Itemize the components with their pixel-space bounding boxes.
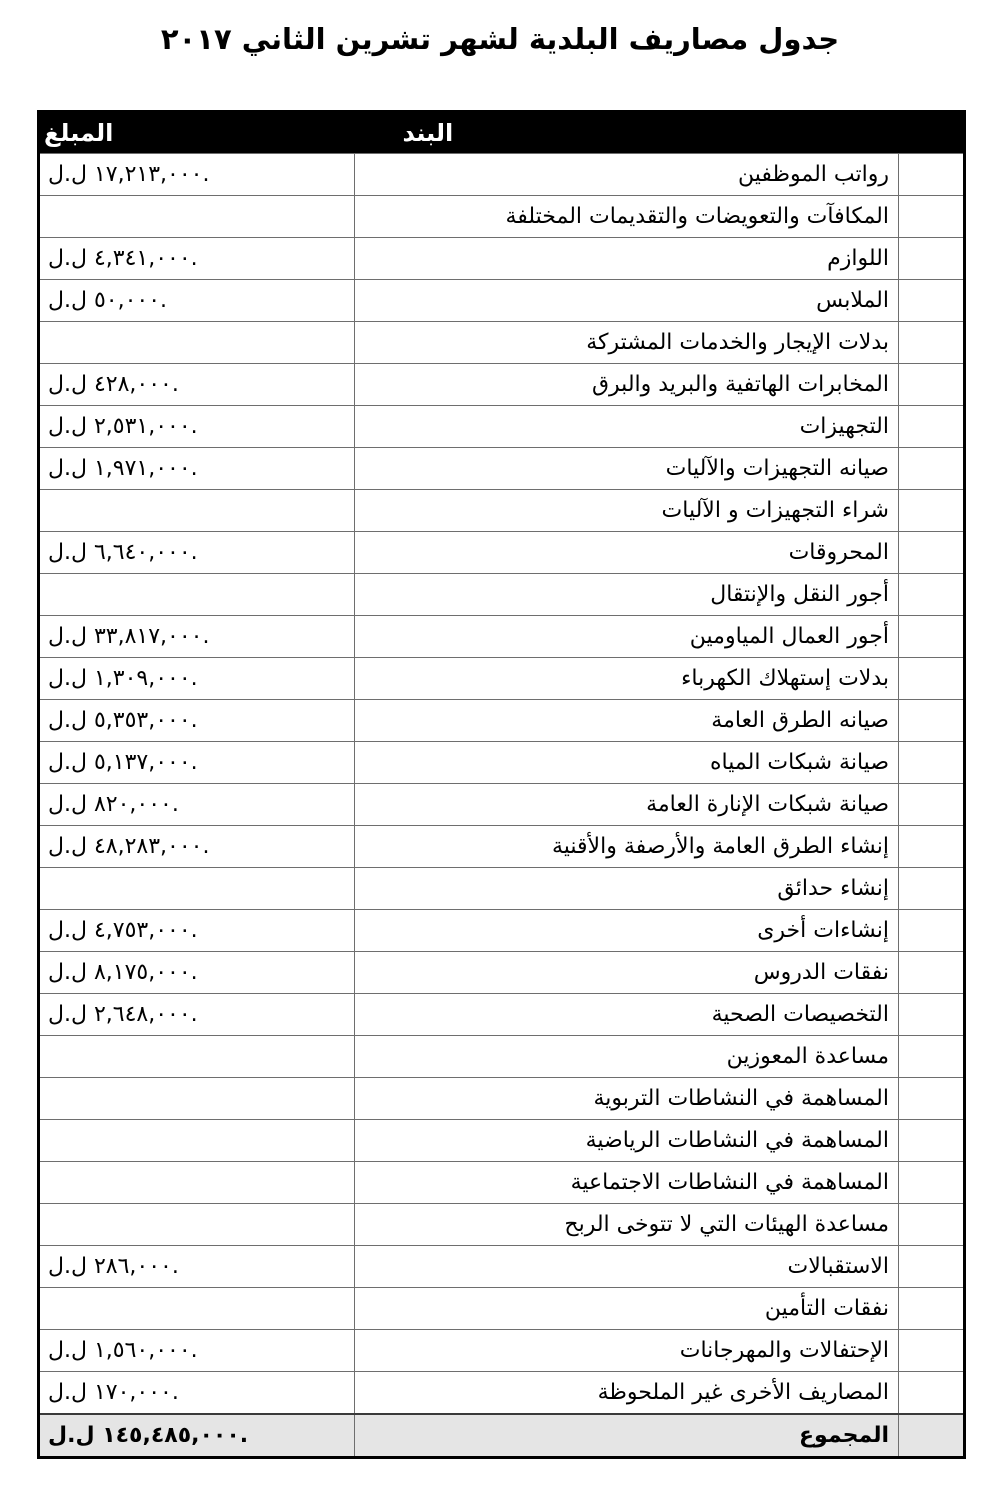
table-header: المبلغ البند: [39, 112, 965, 154]
amount-cell: ٤٨,٢٨٣,٠٠٠ ل.ل.: [39, 826, 355, 868]
spacer-cell: [899, 196, 965, 238]
amount-cell: ٢٨٦,٠٠٠ ل.ل.: [39, 1246, 355, 1288]
item-cell: الإحتفالات والمهرجانات: [355, 1330, 899, 1372]
item-cell: أجور النقل والإنتقال: [355, 574, 899, 616]
item-cell: صيانه التجهيزات والآليات: [355, 448, 899, 490]
table-row: ٣٣,٨١٧,٠٠٠ ل.ل. أجور العمال المياومين: [39, 616, 965, 658]
amount-cell: [39, 322, 355, 364]
amount-column-header: المبلغ: [39, 112, 355, 154]
table-row: ١٧,٢١٣,٠٠٠ ل.ل. رواتب الموظفين: [39, 154, 965, 196]
item-cell: مساعدة الهيئات التي لا تتوخى الربح: [355, 1204, 899, 1246]
table-row: إنشاء حدائق: [39, 868, 965, 910]
spacer-cell: [899, 616, 965, 658]
spacer-cell: [899, 868, 965, 910]
table-row: ٨,١٧٥,٠٠٠ ل.ل. نفقات الدروس: [39, 952, 965, 994]
amount-cell: ٢,٦٤٨,٠٠٠ ل.ل.: [39, 994, 355, 1036]
spacer-cell: [899, 1414, 965, 1458]
spacer-cell: [899, 1330, 965, 1372]
total-label-cell: المجموع: [355, 1414, 899, 1458]
item-cell: صيانة شبكات الإنارة العامة: [355, 784, 899, 826]
spacer-cell: [899, 448, 965, 490]
spacer-cell: [899, 574, 965, 616]
table-row: ٤,٣٤١,٠٠٠ ل.ل. اللوازم: [39, 238, 965, 280]
item-cell: المساهمة في النشاطات التربوية: [355, 1078, 899, 1120]
spacer-cell: [899, 1288, 965, 1330]
table-row: مساعدة الهيئات التي لا تتوخى الربح: [39, 1204, 965, 1246]
page-title: جدول مصاريف البلدية لشهر تشرين الثاني ٢٠…: [0, 14, 1000, 64]
amount-cell: ٦,٦٤٠,٠٠٠ ل.ل.: [39, 532, 355, 574]
amount-cell: ٤,٧٥٣,٠٠٠ ل.ل.: [39, 910, 355, 952]
spacer-cell: [899, 1246, 965, 1288]
item-cell: الملابس: [355, 280, 899, 322]
table-row: ٢,٦٤٨,٠٠٠ ل.ل. التخصيصات الصحية: [39, 994, 965, 1036]
item-cell: المساهمة في النشاطات الاجتماعية: [355, 1162, 899, 1204]
item-cell: إنشاءات أخرى: [355, 910, 899, 952]
spacer-cell: [899, 658, 965, 700]
table-row: المساهمة في النشاطات الاجتماعية: [39, 1162, 965, 1204]
table-row: شراء التجهيزات و الآليات: [39, 490, 965, 532]
table-row: ٥,١٣٧,٠٠٠ ل.ل. صيانة شبكات المياه: [39, 742, 965, 784]
table-row: ٨٢٠,٠٠٠ ل.ل. صيانة شبكات الإنارة العامة: [39, 784, 965, 826]
item-cell: رواتب الموظفين: [355, 154, 899, 196]
table-row: ٤٨,٢٨٣,٠٠٠ ل.ل. إنشاء الطرق العامة والأر…: [39, 826, 965, 868]
table-row: ٢٨٦,٠٠٠ ل.ل. الاستقبالات: [39, 1246, 965, 1288]
amount-cell: [39, 1204, 355, 1246]
spacer-cell: [899, 364, 965, 406]
item-cell: شراء التجهيزات و الآليات: [355, 490, 899, 532]
total-row: ١٤٥,٤٨٥,٠٠٠ ل.ل. المجموع: [39, 1414, 965, 1458]
amount-cell: [39, 1162, 355, 1204]
item-cell: التخصيصات الصحية: [355, 994, 899, 1036]
table-row: ٢,٥٣١,٠٠٠ ل.ل. التجهيزات: [39, 406, 965, 448]
amount-cell: ١٧,٢١٣,٠٠٠ ل.ل.: [39, 154, 355, 196]
amount-cell: ١,٩٧١,٠٠٠ ل.ل.: [39, 448, 355, 490]
table-row: ١٧٠,٠٠٠ ل.ل. المصاريف الأخرى غير الملحوظ…: [39, 1372, 965, 1415]
item-cell: إنشاء حدائق: [355, 868, 899, 910]
spacer-cell: [899, 532, 965, 574]
amount-cell: [39, 574, 355, 616]
table-row: ٦,٦٤٠,٠٠٠ ل.ل. المحروقات: [39, 532, 965, 574]
amount-cell: ١٧٠,٠٠٠ ل.ل.: [39, 1372, 355, 1415]
amount-cell: [39, 1078, 355, 1120]
table-row: ١,٩٧١,٠٠٠ ل.ل. صيانه التجهيزات والآليات: [39, 448, 965, 490]
amount-cell: ٨٢٠,٠٠٠ ل.ل.: [39, 784, 355, 826]
table-row: ٥,٣٥٣,٠٠٠ ل.ل. صيانه الطرق العامة: [39, 700, 965, 742]
table-row: المساهمة في النشاطات التربوية: [39, 1078, 965, 1120]
amount-cell: ٥,١٣٧,٠٠٠ ل.ل.: [39, 742, 355, 784]
spacer-cell: [899, 910, 965, 952]
amount-cell: ٨,١٧٥,٠٠٠ ل.ل.: [39, 952, 355, 994]
expenses-table: المبلغ البند ١٧,٢١٣,٠٠٠ ل.ل. رواتب الموظ…: [37, 110, 966, 1459]
item-cell: صيانه الطرق العامة: [355, 700, 899, 742]
amount-cell: ٥,٣٥٣,٠٠٠ ل.ل.: [39, 700, 355, 742]
spacer-cell: [899, 784, 965, 826]
item-cell: بدلات الإيجار والخدمات المشتركة: [355, 322, 899, 364]
spacer-cell: [899, 238, 965, 280]
spacer-cell: [899, 994, 965, 1036]
amount-cell: ١,٥٦٠,٠٠٠ ل.ل.: [39, 1330, 355, 1372]
amount-cell: ٣٣,٨١٧,٠٠٠ ل.ل.: [39, 616, 355, 658]
table-row: المساهمة في النشاطات الرياضية: [39, 1120, 965, 1162]
item-cell: المخابرات الهاتفية والبريد والبرق: [355, 364, 899, 406]
table-row: ١,٣٠٩,٠٠٠ ل.ل. بدلات إستهلاك الكهرباء: [39, 658, 965, 700]
amount-cell: [39, 1036, 355, 1078]
item-cell: إنشاء الطرق العامة والأرصفة والأقنية: [355, 826, 899, 868]
table-row: ١,٥٦٠,٠٠٠ ل.ل. الإحتفالات والمهرجانات: [39, 1330, 965, 1372]
table-row: ٤٢٨,٠٠٠ ل.ل. المخابرات الهاتفية والبريد …: [39, 364, 965, 406]
table-row: نفقات التأمين: [39, 1288, 965, 1330]
item-cell: نفقات الدروس: [355, 952, 899, 994]
spacer-cell: [899, 1120, 965, 1162]
item-cell: صيانة شبكات المياه: [355, 742, 899, 784]
item-cell: التجهيزات: [355, 406, 899, 448]
item-cell: نفقات التأمين: [355, 1288, 899, 1330]
item-cell: المصاريف الأخرى غير الملحوظة: [355, 1372, 899, 1415]
table-row: ٥٠,٠٠٠ ل.ل. الملابس: [39, 280, 965, 322]
spacer-cell: [899, 154, 965, 196]
item-cell: أجور العمال المياومين: [355, 616, 899, 658]
spacer-cell: [899, 322, 965, 364]
spacer-cell: [899, 406, 965, 448]
spacer-cell: [899, 700, 965, 742]
amount-cell: [39, 1288, 355, 1330]
spacer-cell: [899, 1372, 965, 1415]
spacer-cell: [899, 826, 965, 868]
table-row: المكافآت والتعويضات والتقديمات المختلفة: [39, 196, 965, 238]
item-cell: بدلات إستهلاك الكهرباء: [355, 658, 899, 700]
spacer-cell: [899, 952, 965, 994]
spacer-cell: [899, 1204, 965, 1246]
item-cell: المساهمة في النشاطات الرياضية: [355, 1120, 899, 1162]
spacer-cell: [899, 742, 965, 784]
item-cell: اللوازم: [355, 238, 899, 280]
item-column-header: البند: [355, 112, 965, 154]
item-cell: المكافآت والتعويضات والتقديمات المختلفة: [355, 196, 899, 238]
table-row: ٤,٧٥٣,٠٠٠ ل.ل. إنشاءات أخرى: [39, 910, 965, 952]
header-row: المبلغ البند: [39, 112, 965, 154]
total-amount-cell: ١٤٥,٤٨٥,٠٠٠ ل.ل.: [39, 1414, 355, 1458]
amount-cell: [39, 868, 355, 910]
amount-cell: [39, 1120, 355, 1162]
amount-cell: ٢,٥٣١,٠٠٠ ل.ل.: [39, 406, 355, 448]
spacer-cell: [899, 490, 965, 532]
amount-cell: ٤٢٨,٠٠٠ ل.ل.: [39, 364, 355, 406]
spacer-cell: [899, 1036, 965, 1078]
item-cell: مساعدة المعوزين: [355, 1036, 899, 1078]
amount-cell: [39, 490, 355, 532]
table-row: بدلات الإيجار والخدمات المشتركة: [39, 322, 965, 364]
spacer-cell: [899, 1162, 965, 1204]
spacer-cell: [899, 1078, 965, 1120]
spacer-cell: [899, 280, 965, 322]
table-row: أجور النقل والإنتقال: [39, 574, 965, 616]
amount-cell: ١,٣٠٩,٠٠٠ ل.ل.: [39, 658, 355, 700]
table-row: مساعدة المعوزين: [39, 1036, 965, 1078]
amount-cell: ٥٠,٠٠٠ ل.ل.: [39, 280, 355, 322]
amount-cell: ٤,٣٤١,٠٠٠ ل.ل.: [39, 238, 355, 280]
amount-cell: [39, 196, 355, 238]
item-cell: الاستقبالات: [355, 1246, 899, 1288]
item-cell: المحروقات: [355, 532, 899, 574]
